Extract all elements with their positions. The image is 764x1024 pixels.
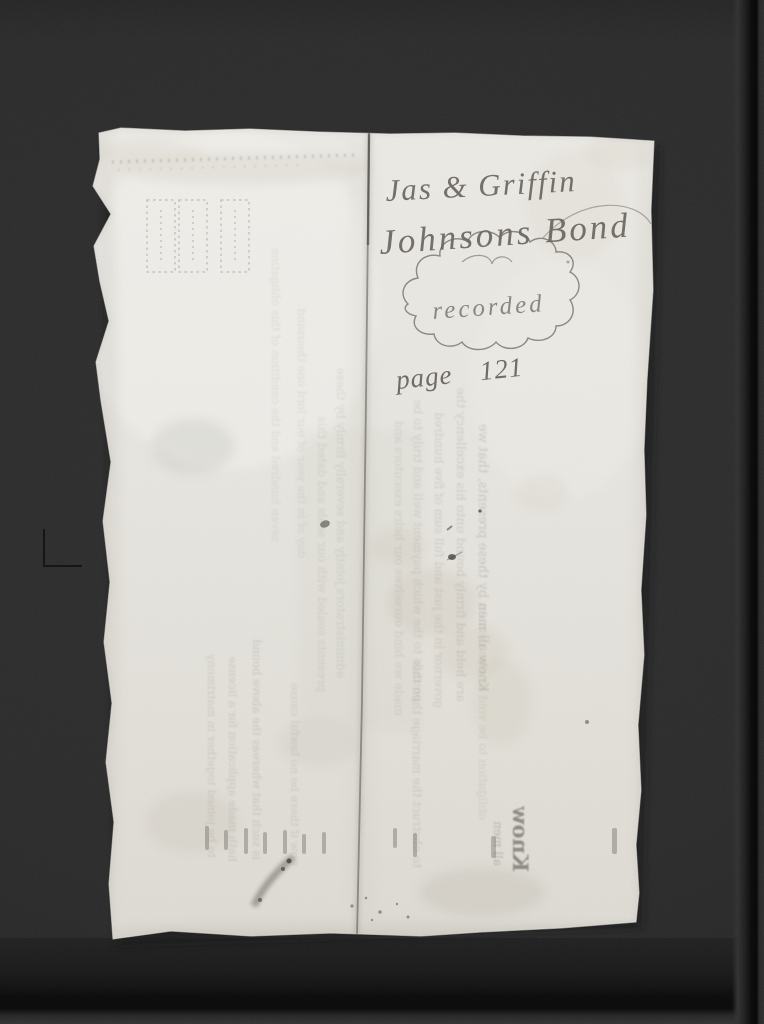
document-page-art: Know all men by these presents, that we …: [0, 0, 764, 1024]
bleed-column: made we bind ourselves our heirs executo…: [392, 420, 406, 716]
bleed-column: administrators jointly and severally fir…: [334, 368, 348, 678]
bleed-column: obligation to be void or else remain: [476, 603, 490, 820]
bleed-column: now if there be no lawful cause: [288, 683, 302, 866]
bleed-column: pounds to the which payment well and tru…: [411, 399, 425, 702]
bleed-initial-word: Know: [508, 805, 533, 872]
bleed-column: presents sealed with our seals and dated…: [315, 416, 329, 692]
bleed-column: day of in the year of our lord one thous…: [295, 308, 309, 558]
bleed-column: seven hundred and the condition of this …: [269, 247, 283, 542]
bleed-column: is such that whereas the above bound: [250, 638, 264, 860]
bleed-column: hath made application for a license: [226, 656, 240, 862]
scan-canvas: Know all men by these presents, that we …: [0, 0, 764, 1024]
bleed-column: governor in the just and full sum of fiv…: [432, 412, 446, 708]
bleed-column: are held and firmly bound unto his excel…: [454, 388, 469, 702]
registration-corner-mark: [44, 529, 82, 566]
